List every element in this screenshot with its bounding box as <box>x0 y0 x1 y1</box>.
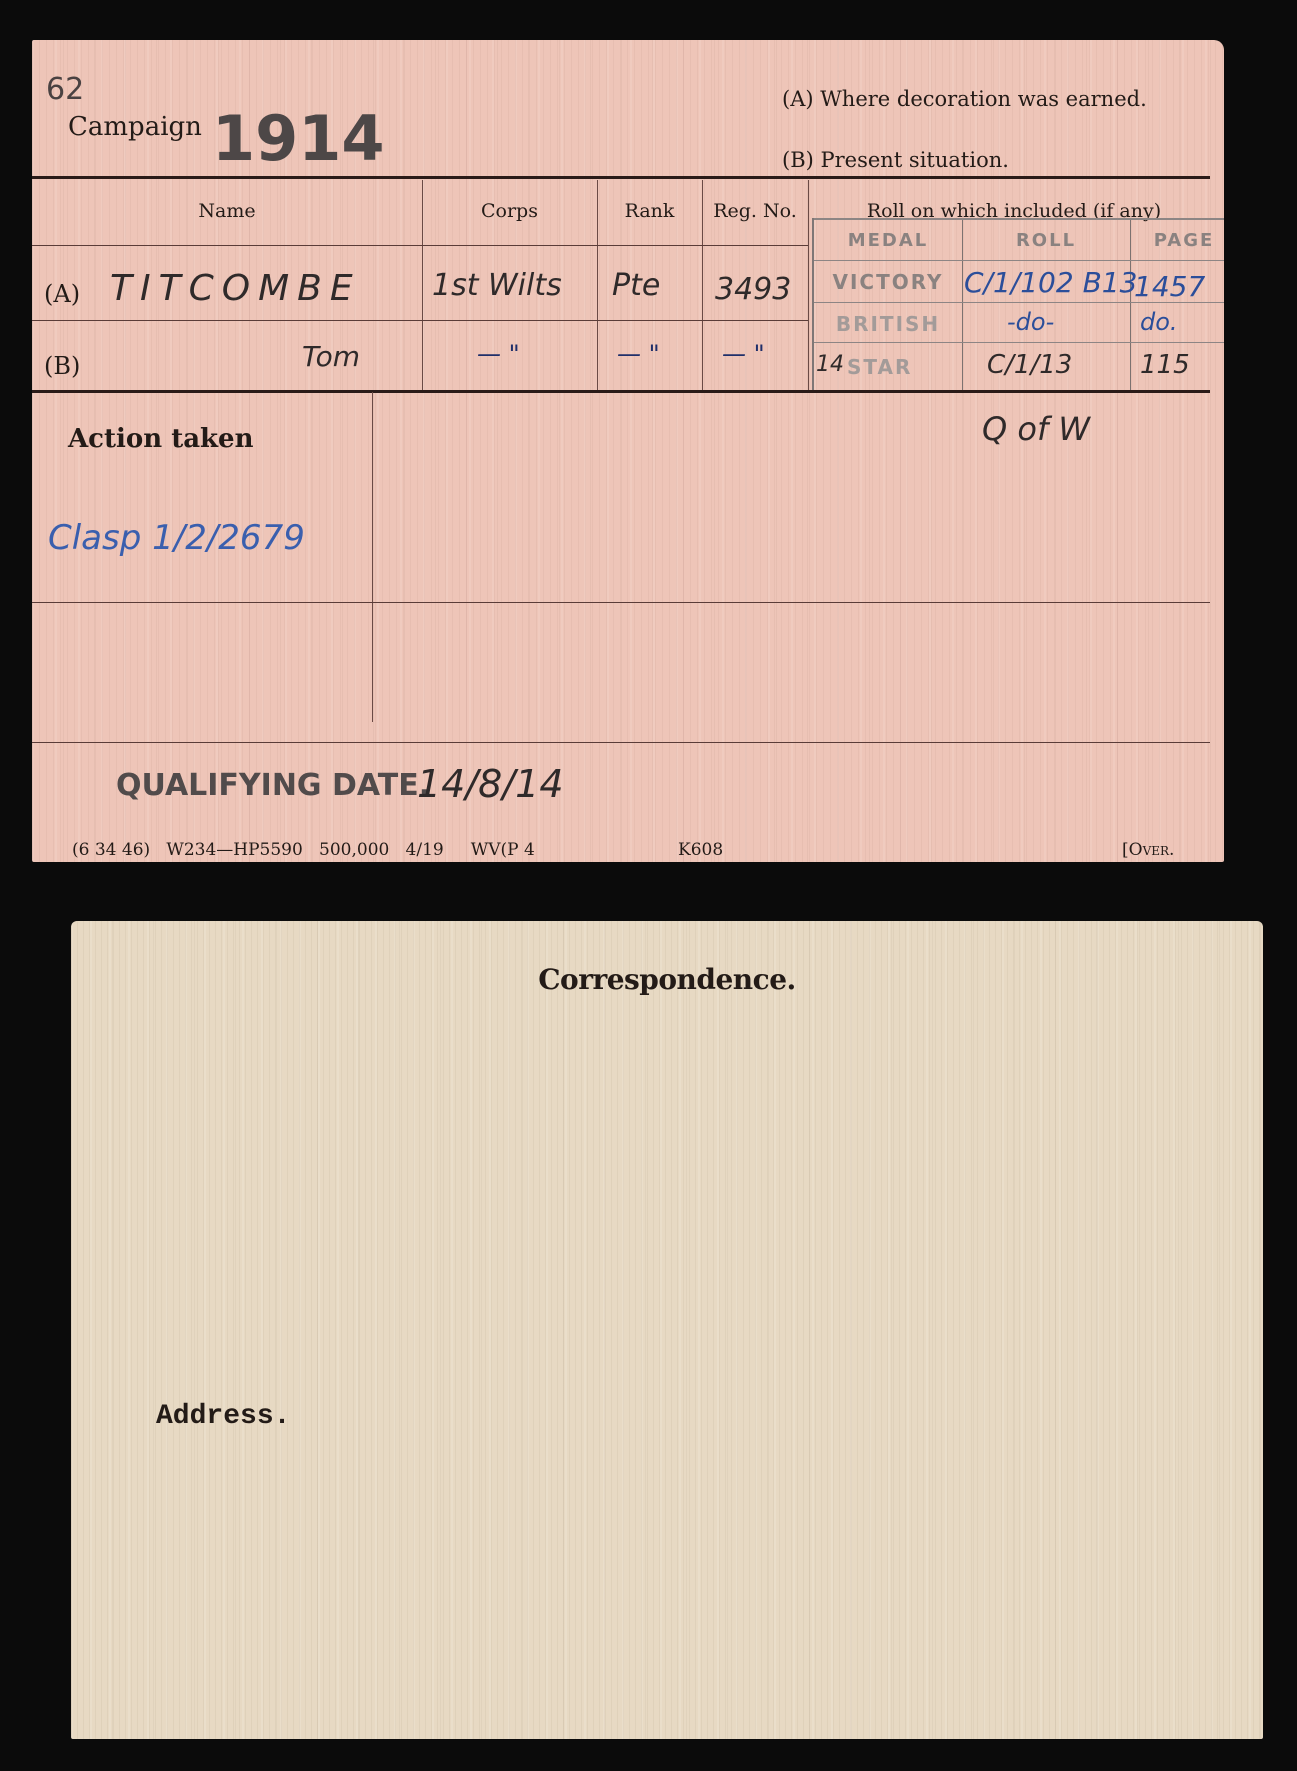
column-header-corps: Corps <box>422 200 597 222</box>
roll-medal-victory: VICTORY <box>818 270 958 294</box>
roll-medal-star-prefix: 14 <box>816 352 844 377</box>
action-taken-value: Clasp 1/2/2679 <box>48 518 305 558</box>
grid-line <box>1130 220 1131 390</box>
roll-page-victory: 1457 <box>1134 270 1205 303</box>
column-header-rank: Rank <box>597 200 702 222</box>
medal-card-front: 62 Campaign 1914 (A) Where decoration wa… <box>32 40 1224 862</box>
card-number-annotation: 62 <box>46 72 84 107</box>
grid-line <box>32 320 808 321</box>
print-code: (6 34 46) W234—HP5590 500,000 4/19 WV(P … <box>72 840 535 860</box>
qualifying-date-stamp: QUALIFYING DATE. <box>116 768 430 803</box>
grid-line <box>814 260 1224 261</box>
roll-number-star: C/1/13 <box>987 350 1072 380</box>
grid-line <box>808 180 809 390</box>
grid-line <box>962 220 963 390</box>
entries-rule <box>32 390 1210 393</box>
roll-stamp-border <box>812 218 1224 220</box>
roll-header-roll: ROLL <box>966 230 1126 251</box>
surname-value: TITCOMBE <box>110 268 361 309</box>
grid-line <box>702 180 703 390</box>
campaign-year-stamp: 1914 <box>212 102 385 175</box>
correspondence-heading: Correspondence. <box>71 963 1263 996</box>
corps-value: 1st Wilts <box>432 268 562 303</box>
column-header-reg-no: Reg. No. <box>702 200 808 222</box>
medal-card-back: Correspondence. Address. <box>71 921 1263 1739</box>
column-header-name: Name <box>32 200 422 222</box>
campaign-label: Campaign <box>68 112 202 142</box>
grid-line <box>32 602 1210 603</box>
grid-line <box>814 342 1224 343</box>
reg-no-ditto: — " <box>722 340 765 368</box>
roll-page-star: 115 <box>1140 350 1190 380</box>
legend-a: (A) Where decoration was earned. <box>782 87 1147 111</box>
first-name-value: Tom <box>302 340 360 373</box>
legend-b: (B) Present situation. <box>782 148 1009 172</box>
header-rule <box>32 176 1210 179</box>
roll-number-british: -do- <box>1007 308 1054 336</box>
grid-line <box>32 245 808 246</box>
grid-line <box>422 180 423 390</box>
qualifying-date-value: 14/8/14 <box>417 762 564 806</box>
rank-value: Pte <box>612 268 660 303</box>
roll-header-page: PAGE <box>1134 230 1224 251</box>
row-label-b: (B) <box>44 352 80 380</box>
roll-number-victory: C/1/102 B13 <box>964 266 1137 299</box>
reg-no-value: 3493 <box>715 272 791 307</box>
form-number: K608 <box>678 840 723 860</box>
grid-line <box>32 742 1210 743</box>
grid-line <box>372 392 373 722</box>
address-label: Address. <box>156 1401 290 1432</box>
roll-header-medal: MEDAL <box>818 230 958 251</box>
roll-stamp-border <box>812 218 814 393</box>
roll-page-british: do. <box>1140 308 1178 336</box>
rank-ditto: — " <box>617 340 660 368</box>
q-of-w-annotation: Q of W <box>982 410 1090 448</box>
roll-medal-star: STAR <box>847 355 912 379</box>
action-taken-label: Action taken <box>68 424 254 454</box>
grid-line <box>597 180 598 390</box>
over-note: [Over. <box>1122 840 1174 860</box>
row-label-a: (A) <box>44 280 80 308</box>
roll-medal-british: BRITISH <box>818 312 958 336</box>
corps-ditto: — " <box>477 340 520 368</box>
